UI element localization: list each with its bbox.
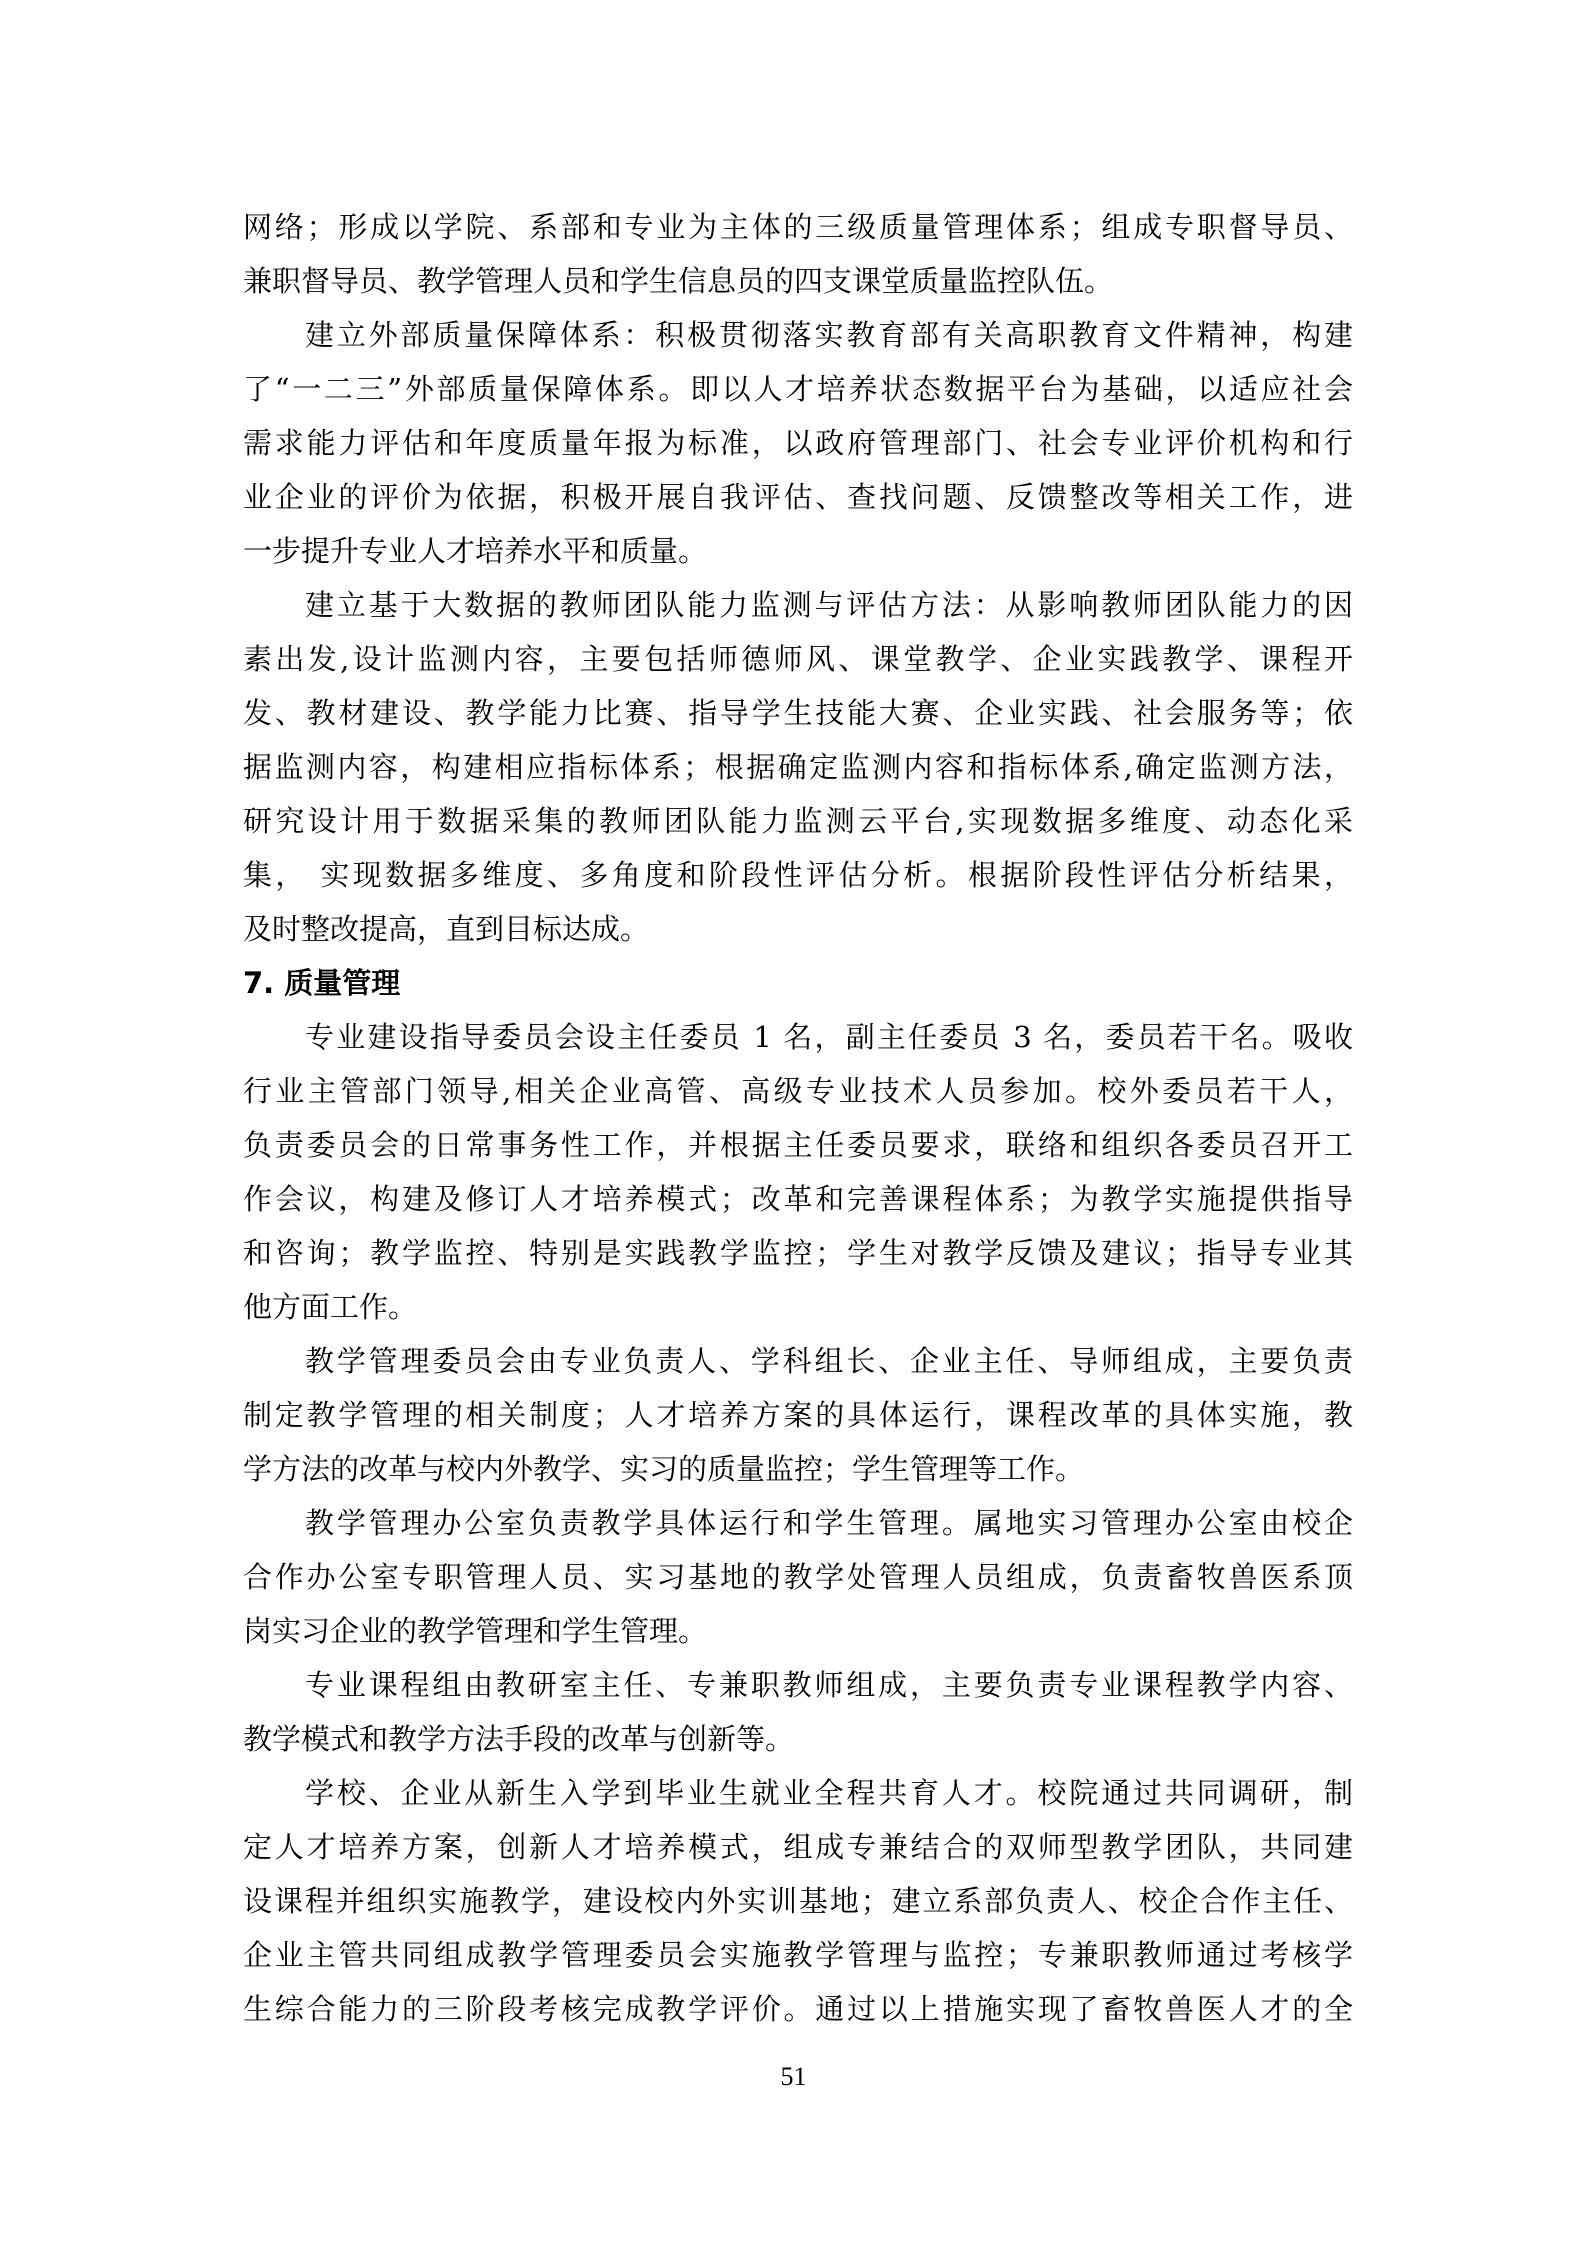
text-line: 建立外部质量保障体系：积极贯彻落实教育部有关高职教育文件精神，构建 [243, 308, 1353, 362]
section-heading-quality-management: 7. 质量管理 [243, 956, 1353, 1010]
text-line: 教学模式和教学方法手段的改革与创新等。 [243, 1712, 1353, 1766]
text-line: 发、教材建设、教学能力比赛、指导学生技能大赛、企业实践、社会服务等；依 [243, 686, 1353, 740]
text-line: 据监测内容，构建相应指标体系；根据确定监测内容和指标体系,确定监测方法， [243, 740, 1353, 794]
text-line: 他方面工作。 [243, 1280, 1353, 1334]
page-number: 51 [0, 2062, 1587, 2092]
text-line: 合作办公室专职管理人员、实习基地的教学处管理人员组成，负责畜牧兽医系顶 [243, 1550, 1353, 1604]
text-line: 素出发,设计监测内容，主要包括师德师风、课堂教学、企业实践教学、课程开 [243, 632, 1353, 686]
text-line: 行业主管部门领导,相关企业高管、高级专业技术人员参加。校外委员若干人， [243, 1064, 1353, 1118]
text-line: 需求能力评估和年度质量年报为标准，以政府管理部门、社会专业评价机构和行 [243, 416, 1353, 470]
text-line: 研究设计用于数据采集的教师团队能力监测云平台,实现数据多维度、动态化采 [243, 794, 1353, 848]
text-line: 及时整改提高，直到目标达成。 [243, 902, 1353, 956]
text-line: 生综合能力的三阶段考核完成教学评价。通过以上措施实现了畜牧兽医人才的全 [243, 1982, 1353, 2036]
text-line: 一步提升专业人才培养水平和质量。 [243, 524, 1353, 578]
paragraph-school-enterprise-cooperation: 学校、企业从新生入学到毕业生就业全程共育人才。校院通过共同调研，制 定人才培养方… [243, 1766, 1353, 2036]
paragraph-teaching-office: 教学管理办公室负责教学具体运行和学生管理。属地实习管理办公室由校企 合作办公室专… [243, 1496, 1353, 1658]
text-line: 制定教学管理的相关制度；人才培养方案的具体运行，课程改革的具体实施，教 [243, 1388, 1353, 1442]
paragraph-external-quality-system: 建立外部质量保障体系：积极贯彻落实教育部有关高职教育文件精神，构建 了“一二三”… [243, 308, 1353, 578]
text-line: 建立基于大数据的教师团队能力监测与评估方法：从影响教师团队能力的因 [243, 578, 1353, 632]
text-line: 负责委员会的日常事务性工作，并根据主任委员要求，联络和组织各委员召开工 [243, 1118, 1353, 1172]
text-line: 教学管理委员会由专业负责人、学科组长、企业主任、导师组成，主要负责 [243, 1334, 1353, 1388]
text-line: 专业课程组由教研室主任、专兼职教师组成，主要负责专业课程教学内容、 [243, 1658, 1353, 1712]
document-page-body: 网络；形成以学院、系部和专业为主体的三级质量管理体系；组成专职督导员、 兼职督导… [243, 200, 1353, 2036]
text-line: 学方法的改革与校内外教学、实习的质量监控；学生管理等工作。 [243, 1442, 1353, 1496]
paragraph-teacher-team-monitoring: 建立基于大数据的教师团队能力监测与评估方法：从影响教师团队能力的因 素出发,设计… [243, 578, 1353, 956]
paragraph-quality-network: 网络；形成以学院、系部和专业为主体的三级质量管理体系；组成专职督导员、 兼职督导… [243, 200, 1353, 308]
paragraph-course-group: 专业课程组由教研室主任、专兼职教师组成，主要负责专业课程教学内容、 教学模式和教… [243, 1658, 1353, 1766]
text-line: 定人才培养方案，创新人才培养模式，组成专兼结合的双师型教学团队，共同建 [243, 1820, 1353, 1874]
text-line: 企业主管共同组成教学管理委员会实施教学管理与监控；专兼职教师通过考核学 [243, 1928, 1353, 1982]
text-line: 和咨询；教学监控、特别是实践教学监控；学生对教学反馈及建议；指导专业其 [243, 1226, 1353, 1280]
text-line: 学校、企业从新生入学到毕业生就业全程共育人才。校院通过共同调研，制 [243, 1766, 1353, 1820]
text-line: 岗实习企业的教学管理和学生管理。 [243, 1604, 1353, 1658]
text-line: 网络；形成以学院、系部和专业为主体的三级质量管理体系；组成专职督导员、 [243, 200, 1353, 254]
text-line: 教学管理办公室负责教学具体运行和学生管理。属地实习管理办公室由校企 [243, 1496, 1353, 1550]
text-line: 作会议，构建及修订人才培养模式；改革和完善课程体系；为教学实施提供指导 [243, 1172, 1353, 1226]
text-line: 集， 实现数据多维度、多角度和阶段性评估分析。根据阶段性评估分析结果， [243, 848, 1353, 902]
text-line: 业企业的评价为依据，积极开展自我评估、查找问题、反馈整改等相关工作，进 [243, 470, 1353, 524]
paragraph-teaching-management-committee: 教学管理委员会由专业负责人、学科组长、企业主任、导师组成，主要负责 制定教学管理… [243, 1334, 1353, 1496]
paragraph-steering-committee: 专业建设指导委员会设主任委员 1 名，副主任委员 3 名，委员若干名。吸收 行业… [243, 1010, 1353, 1334]
text-line: 专业建设指导委员会设主任委员 1 名，副主任委员 3 名，委员若干名。吸收 [243, 1010, 1353, 1064]
text-line: 兼职督导员、教学管理人员和学生信息员的四支课堂质量监控队伍。 [243, 254, 1353, 308]
text-line: 设课程并组织实施教学，建设校内外实训基地；建立系部负责人、校企合作主任、 [243, 1874, 1353, 1928]
text-line: 了“一二三”外部质量保障体系。即以人才培养状态数据平台为基础，以适应社会 [243, 362, 1353, 416]
